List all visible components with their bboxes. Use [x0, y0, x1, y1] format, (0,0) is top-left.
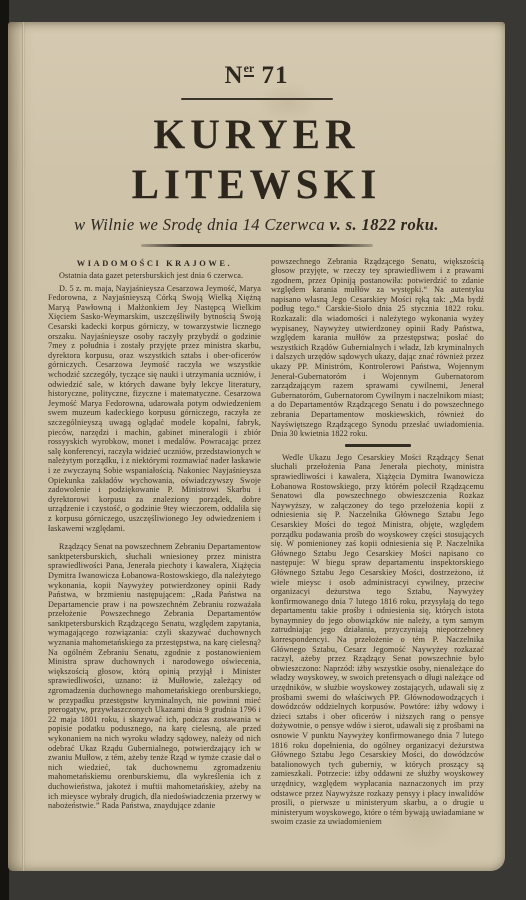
article-paragraph: Ostatnia data gazet petersburskich jest … [48, 271, 261, 281]
dateline: w Wilnie we Srodę dnia 14 Czerwca v. s. … [8, 215, 505, 235]
section-heading-national-news: WIADOMOŚCI KRAJOWE. [48, 259, 261, 269]
article-paragraph: Rządzący Senat na powszechnem Zebraniu D… [48, 542, 261, 811]
masthead: Ner 71 KURYER LITEWSKI w Wilnie we Srodę… [8, 62, 505, 247]
article-paragraph: D. 5 z. m. maja, Nayjaśnieysza Cesarzowa… [48, 284, 261, 533]
scanned-newspaper-page: { "masthead": { "issue_prefix": "N", "is… [0, 0, 526, 900]
paragraph-separator-rule [345, 444, 411, 447]
issue-prefix: N [225, 62, 244, 89]
article-paragraph: Wedle Ukazu Jego Cesarskiey Mości Rządzą… [271, 453, 484, 827]
article-paragraph-continuation: powszechnego Zebrania Rządzącego Senatu,… [271, 257, 484, 439]
issue-number: Ner 71 [8, 62, 505, 90]
dateline-emphasis: v. s. 1822 roku. [330, 215, 439, 234]
masthead-rule-mid [141, 244, 373, 247]
column-right: powszechnego Zebrania Rządzącego Senatu,… [271, 257, 484, 830]
paper-sheet: Ner 71 KURYER LITEWSKI w Wilnie we Srodę… [8, 22, 505, 871]
newspaper-title: KURYER LITEWSKI [8, 109, 505, 209]
article-columns: WIADOMOŚCI KRAJOWE. Ostatnia data gazet … [48, 257, 491, 830]
issue-value: 71 [261, 62, 288, 89]
issue-superscript: er [244, 61, 255, 77]
dateline-main: w Wilnie we Srodę dnia 14 Czerwca [74, 215, 329, 234]
column-left: WIADOMOŚCI KRAJOWE. Ostatnia data gazet … [48, 257, 261, 830]
masthead-rule-small [181, 98, 333, 100]
